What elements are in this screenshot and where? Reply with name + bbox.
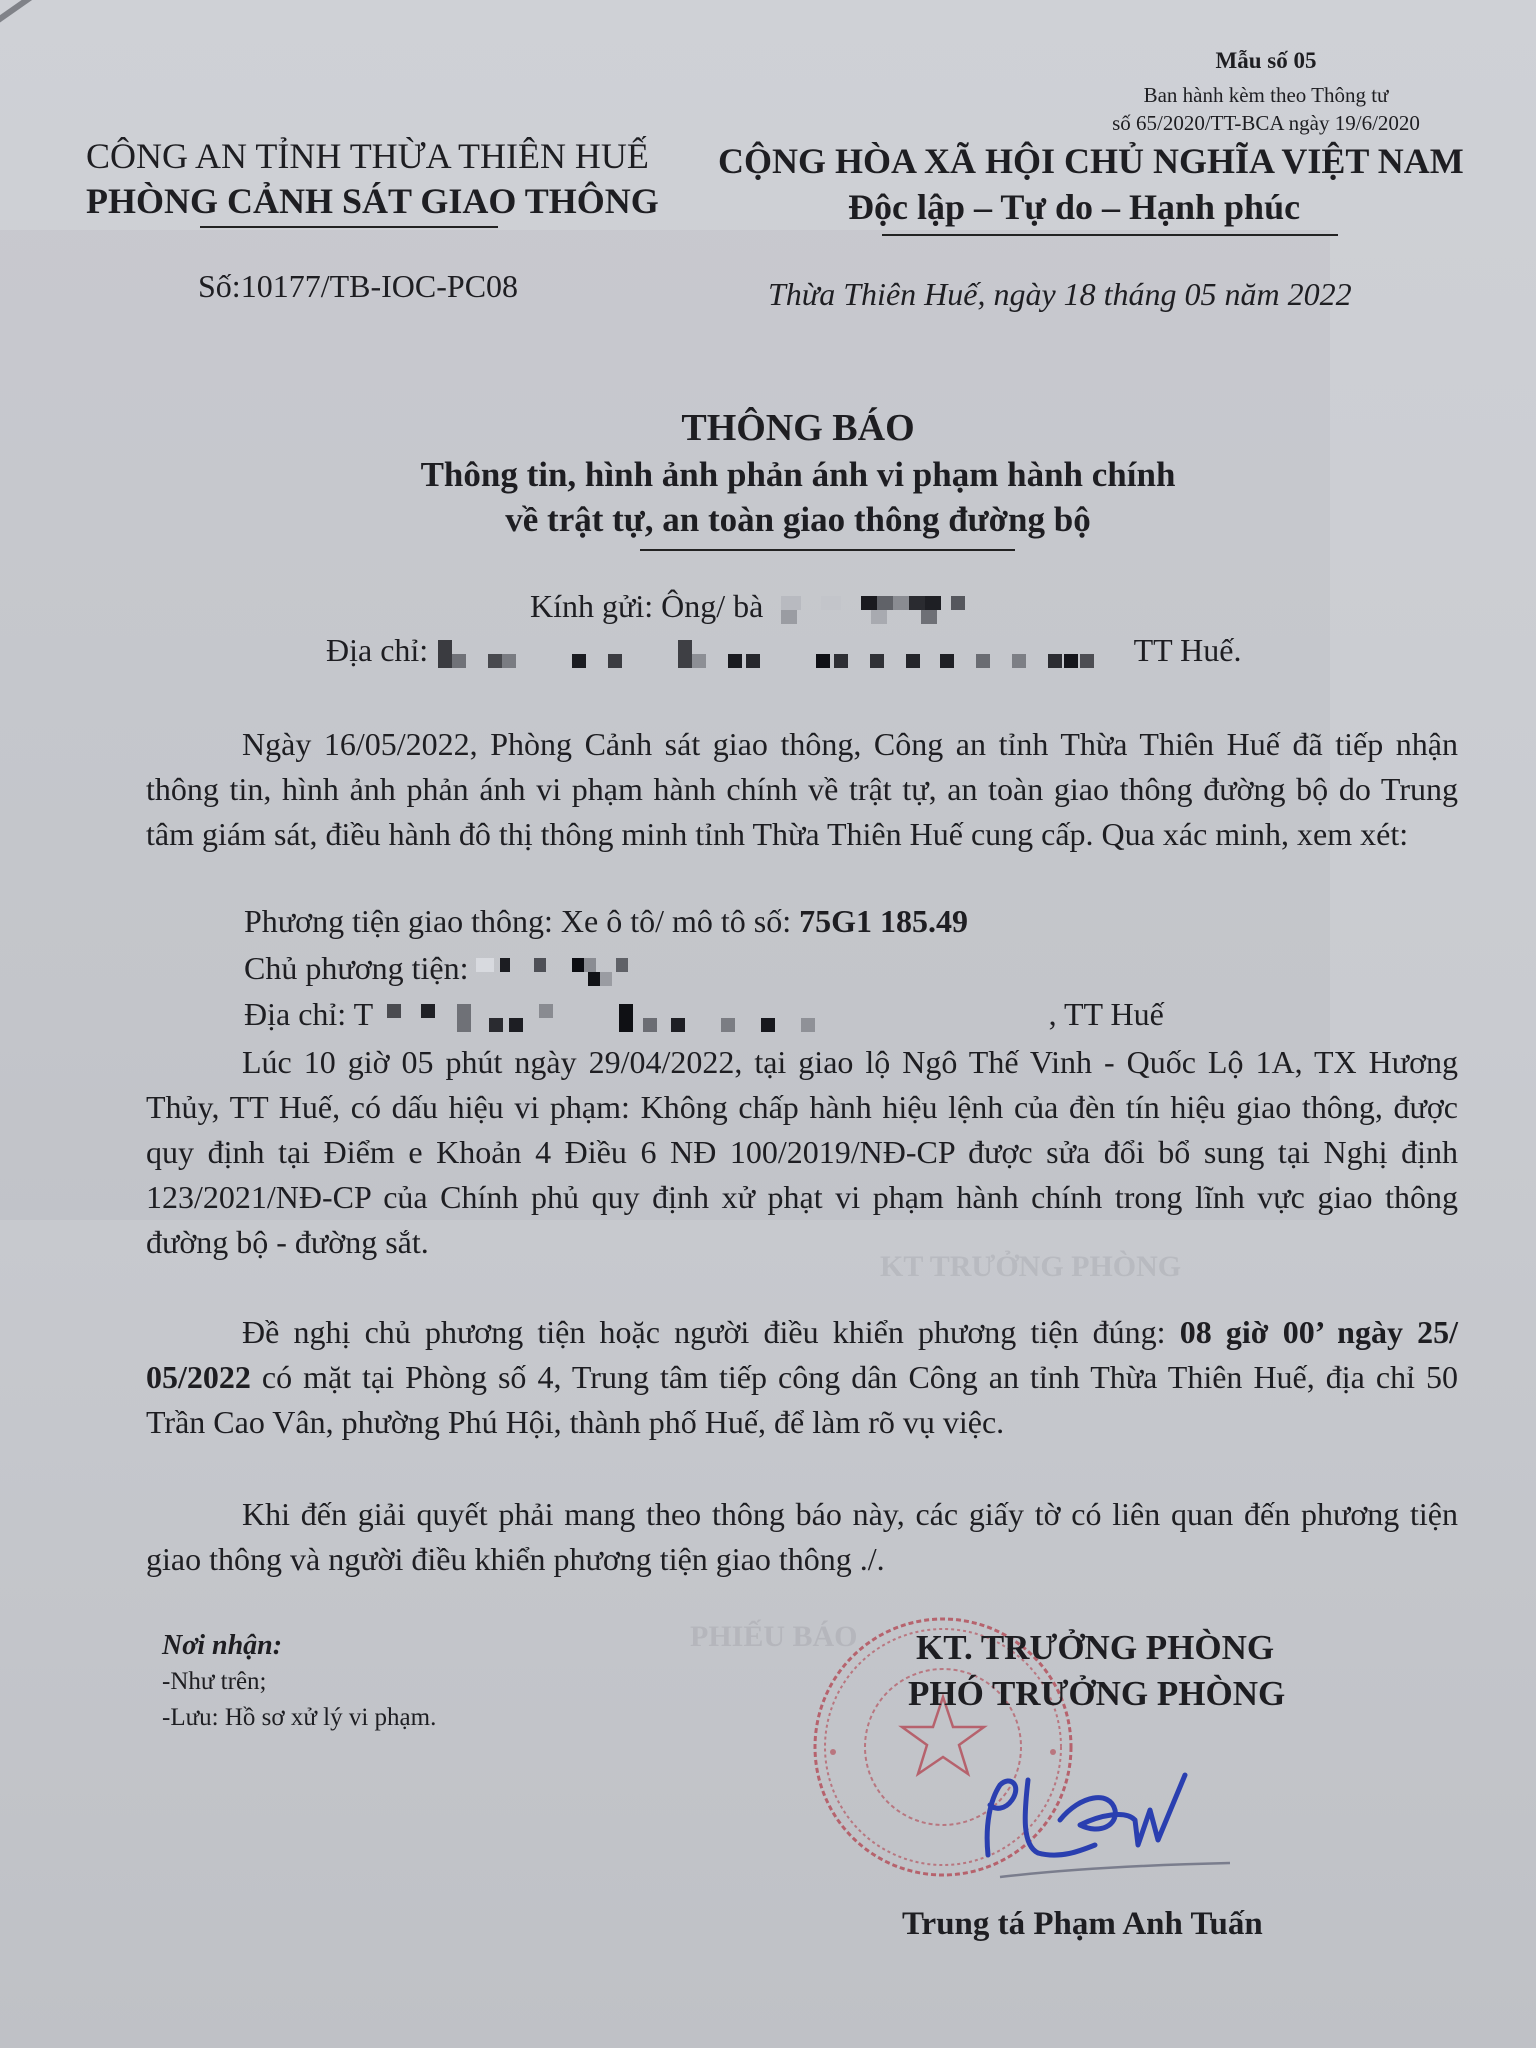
title-underline bbox=[640, 549, 1015, 551]
owner-address-label: Địa chỉ: T bbox=[244, 996, 373, 1032]
redacted-owner bbox=[476, 958, 716, 986]
address-suffix: TT Huế. bbox=[1134, 632, 1242, 668]
recipient-item: -Như trên; bbox=[162, 1668, 267, 1696]
signature-title-1: KT. TRƯỞNG PHÒNG bbox=[916, 1628, 1274, 1668]
paragraph-reception: Ngày 16/05/2022, Phòng Cảnh sát giao thô… bbox=[146, 722, 1458, 857]
summons-text-post: có mặt tại Phòng số 4, Trung tâm tiếp cô… bbox=[146, 1359, 1458, 1440]
owner-address-line: Địa chỉ: T , TT Huế bbox=[244, 996, 1164, 1033]
nation-title: CỘNG HÒA XÃ HỘI CHỦ NGHĨA VIỆT NAM bbox=[718, 140, 1464, 182]
document-subtitle-1: Thông tin, hình ảnh phản ánh vi phạm hàn… bbox=[0, 455, 1536, 495]
agency-parent: CÔNG AN TỈNH THỪA THIÊN HUẾ bbox=[86, 135, 649, 177]
signature-title-2: PHÓ TRƯỞNG PHÒNG bbox=[908, 1674, 1285, 1714]
document-page: KT TRƯỞNG PHÒNG PHIẾU BÁO Mẫu số 05 Ban … bbox=[0, 0, 1536, 2048]
place-date: Thừa Thiên Huế, ngày 18 tháng 05 năm 202… bbox=[768, 276, 1352, 313]
addressee-line: Kính gửi: Ông/ bà bbox=[530, 588, 981, 625]
redacted-owner-address bbox=[381, 1004, 1041, 1032]
motto-underline bbox=[882, 234, 1338, 236]
owner-label: Chủ phương tiện: bbox=[244, 950, 468, 986]
form-issued-with: Ban hành kèm theo Thông tư bbox=[1066, 83, 1466, 108]
form-number: Mẫu số 05 bbox=[1066, 48, 1466, 74]
agency-underline bbox=[200, 226, 498, 228]
owner-line: Chủ phương tiện: bbox=[244, 950, 716, 987]
handwritten-signature-icon bbox=[960, 1755, 1240, 1895]
vehicle-plate: 75G1 185.49 bbox=[799, 903, 968, 939]
paragraph-violation: Lúc 10 giờ 05 phút ngày 29/04/2022, tại … bbox=[146, 1040, 1458, 1265]
address-label: Địa chỉ: bbox=[326, 632, 428, 668]
recipient-item: -Lưu: Hồ sơ xử lý vi phạm. bbox=[162, 1704, 436, 1732]
addressee-label: Kính gửi: Ông/ bà bbox=[530, 588, 763, 624]
redacted-address bbox=[436, 640, 1126, 668]
owner-address-suffix: , TT Huế bbox=[1049, 996, 1164, 1032]
document-title: THÔNG BÁO bbox=[0, 406, 1536, 450]
paragraph-documents: Khi đến giải quyết phải mang theo thông … bbox=[146, 1492, 1458, 1582]
addressee-address-line: Địa chỉ: TT Huế. bbox=[326, 632, 1241, 669]
form-circular: số 65/2020/TT-BCA ngày 19/6/2020 bbox=[1066, 111, 1466, 136]
nation-motto: Độc lập – Tự do – Hạnh phúc bbox=[848, 186, 1300, 228]
redacted-name bbox=[771, 596, 981, 624]
vehicle-line: Phương tiện giao thông: Xe ô tô/ mô tô s… bbox=[244, 903, 968, 940]
signer-name: Trung tá Phạm Anh Tuấn bbox=[902, 1906, 1263, 1943]
recipients-title: Nơi nhận: bbox=[162, 1630, 282, 1662]
agency-name: PHÒNG CẢNH SÁT GIAO THÔNG bbox=[86, 180, 659, 222]
paper-edge bbox=[0, 0, 32, 23]
vehicle-label: Phương tiện giao thông: Xe ô tô/ mô tô s… bbox=[244, 903, 791, 939]
document-number: Số:10177/TB-IOC-PC08 bbox=[198, 268, 518, 305]
paragraph-summons: Đề nghị chủ phương tiện hoặc người điều … bbox=[146, 1310, 1458, 1445]
summons-text-pre: Đề nghị chủ phương tiện hoặc người điều … bbox=[242, 1314, 1166, 1350]
document-subtitle-2: về trật tự, an toàn giao thông đường bộ bbox=[0, 500, 1536, 540]
